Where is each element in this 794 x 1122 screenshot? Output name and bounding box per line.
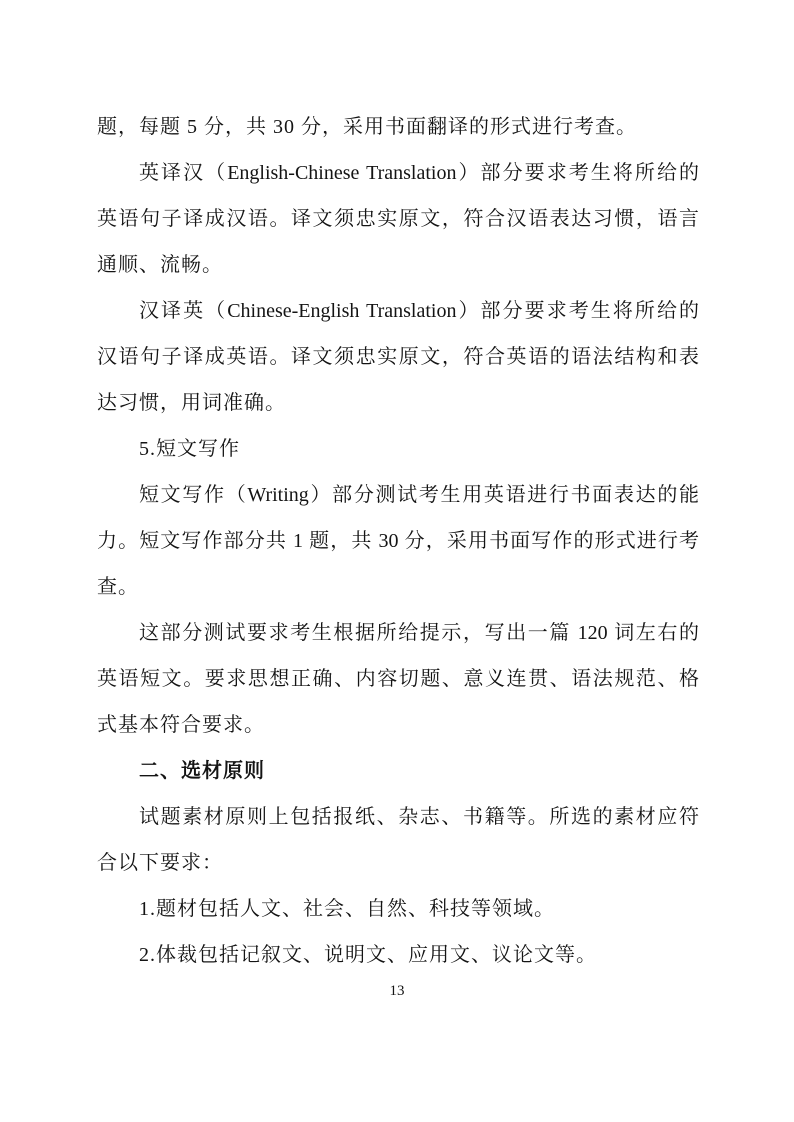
paragraph-line: 英语短文。要求思想正确、内容切题、意义连贯、语法规范、格: [97, 656, 699, 702]
paragraph-line: 试题素材原则上包括报纸、杂志、书籍等。所选的素材应符: [97, 794, 699, 840]
paragraph-line: 达习惯，用词准确。: [97, 380, 699, 426]
paragraph-line: 汉语句子译成英语。译文须忠实原文，符合英语的语法结构和表: [97, 334, 699, 380]
list-item: 2.体裁包括记叙文、说明文、应用文、议论文等。: [97, 932, 699, 978]
paragraph-line: 式基本符合要求。: [97, 702, 699, 748]
paragraph-line: 查。: [97, 564, 699, 610]
list-item: 1.题材包括人文、社会、自然、科技等领域。: [97, 886, 699, 932]
body-text: 题，每题 5 分，共 30 分，采用书面翻译的形式进行考查。英译汉（Englis…: [97, 104, 699, 978]
paragraph-line: 短文写作（Writing）部分测试考生用英语进行书面表达的能: [97, 472, 699, 518]
page-number: 13: [0, 976, 794, 1006]
paragraph-line: 这部分测试要求考生根据所给提示，写出一篇 120 词左右的: [97, 610, 699, 656]
paragraph-line: 力。短文写作部分共 1 题，共 30 分，采用书面写作的形式进行考: [97, 518, 699, 564]
paragraph-line: 题，每题 5 分，共 30 分，采用书面翻译的形式进行考查。: [97, 104, 699, 150]
section-heading: 二、选材原则: [97, 748, 699, 794]
paragraph-line: 英译汉（English-Chinese Translation）部分要求考生将所…: [97, 150, 699, 196]
paragraph-line: 英语句子译成汉语。译文须忠实原文，符合汉语表达习惯，语言: [97, 196, 699, 242]
paragraph-line: 通顺、流畅。: [97, 242, 699, 288]
document-page: 题，每题 5 分，共 30 分，采用书面翻译的形式进行考查。英译汉（Englis…: [0, 0, 794, 1122]
paragraph-line: 合以下要求：: [97, 840, 699, 886]
numbered-subheading: 5.短文写作: [97, 426, 699, 472]
paragraph-line: 汉译英（Chinese-English Translation）部分要求考生将所…: [97, 288, 699, 334]
